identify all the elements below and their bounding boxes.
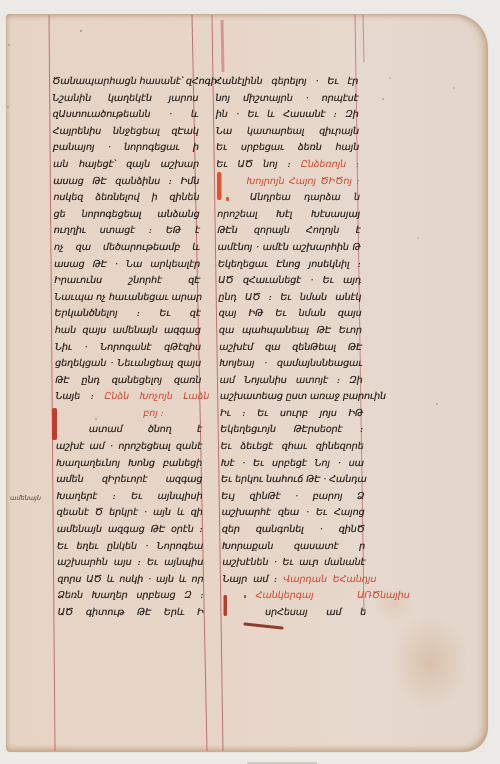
text-line: Խէ · Եւ սրբեցէ Նոյ · սա [221, 456, 364, 473]
rubric-text: Ընձն Խոչոյն Լաձն [104, 391, 209, 402]
line-text: Խոյեայ · զամայնսնեացաւ [219, 358, 362, 369]
line-text: ուղղիւ ստացէ ։ ԵԹ է [54, 225, 200, 236]
text-line: զԱստուածութեանն · և [52, 107, 198, 124]
line-text: ին · Եւ և Հասանէ ։ Զի [216, 109, 359, 120]
line-text: ընդ ԱԾ ։ Եւ նման անէկ [218, 292, 361, 303]
rubric-text: Ընձեռոյն ։ [301, 159, 360, 170]
text-line: Իրաւունս շնորհէ զԷ [54, 273, 200, 290]
line-text: ԱԾ գիտութ ԹԷ Երև Ի [58, 607, 204, 618]
line-text: Ձեռն Խաղեր սրբեաց Զ ։ [57, 590, 203, 601]
text-line: ոչ զա մեծարութեամբ և [54, 240, 200, 257]
line-text: աշխատեաց ըստ առաջ բարուին [220, 391, 386, 402]
text-line: Հայրենիս ննջեցեալ զԷակ [53, 124, 199, 141]
text-line: ին · Եւ և Հասանէ ։ Զի [215, 107, 358, 124]
line-text: Նայր ամ ։ [222, 574, 277, 585]
right-text-column: Հանէլինն գերելոյ · Եւ էր նոյ միշտայրն · … [215, 74, 366, 622]
text-line: Խաղաղեւնոյ Խոնց բանեցի [56, 456, 202, 473]
line-text: Խաղերէ ։ Եւ այնպիսի [56, 491, 202, 502]
rubric-line: Խոյրոյն Հայոյ ԾԻԾոյ ։ [216, 174, 359, 191]
text-line: զայ ԻԹ Եւ նման զայս [218, 306, 361, 323]
line-text: զեանէ Ծ երկրէ · այն և զի [57, 507, 203, 518]
rubric-text: բոյ ։ [143, 408, 164, 419]
line-text: զԱստուածութեանն · և [52, 109, 198, 120]
text-line: աշխատեաց ըստ առաջ բարուին [220, 389, 363, 406]
text-line: Եւ սրբեցաւ ձեռն հայն [216, 140, 359, 157]
text-line: Նիւ · Նորոգանէ զԹէզիս [55, 340, 201, 357]
text-line: Նշանին կաղեկէն յարոս [52, 91, 198, 108]
rubric-line: բոյ ։ [55, 406, 201, 423]
text-line: զեր զանգոնել · զինԾ [222, 522, 365, 539]
left-text-column: Ծանապարհացն հասանէ՝ զՀոգի· Նշանին կաղեկէ… [52, 74, 204, 622]
rubric-line: Հանկերգայ ԱՌԾնայիս [223, 588, 410, 605]
rubric-text: Վարդան ԵՀանդյս [283, 574, 377, 585]
rubric-text: Հանկերգայ ԱՌԾնայիս [256, 590, 410, 601]
line-text: Խորաքան զասատէ ր [222, 541, 365, 552]
line-text: Ծանապարհացն հասանէ՝ զՀոգի· [52, 76, 220, 87]
text-line: ԱԾ գիտութ ԹԷ Երև Ի [58, 605, 204, 622]
text-line: ԹԷ ընդ զանեցելոյ զառն [55, 373, 201, 390]
rubric-line: Նայե ։ Ընձն Խոչոյն Լաձն [55, 389, 209, 406]
text-line: ցեղեկցան · Նեւանցեալ զայս [55, 356, 201, 373]
text-line: ուղղիւ ստացէ ։ ԵԹ է [54, 223, 200, 240]
red-underline [245, 624, 282, 628]
text-line: Խոյեայ · զամայնսնեացաւ [219, 356, 362, 373]
line-text: Նիւ · Նորոգանէ զԹէզիս [55, 342, 201, 353]
line-text: որոշեալ Խէլ Խէսասյայ [217, 209, 360, 220]
text-line: ասաց ԹԷ · Նա արկեալէր [54, 257, 200, 274]
text-line: Խաղերէ ։ Եւ այնպիսի [56, 489, 202, 506]
line-text: Իրաւունս շնորհէ զԷ [54, 275, 200, 286]
line-text: աշխէնեն · Եւ աւր մանանէ [222, 557, 365, 568]
text-line: ամէնոյ · ամէն աշխարհին Թ [217, 240, 360, 257]
text-line: զեանէ Ծ երկրէ · այն և զի [57, 505, 203, 522]
text-line: Եւյ զինԹէ · բարոյ Ձ [221, 489, 364, 506]
text-line: Եկեղեցւոյն ԹԷրսեօրէ ։ [220, 422, 363, 439]
text-line: ամ Նոյանիս ատոյէ ։ Զի [219, 373, 362, 390]
text-line: Երկանծնելոյ ։ Եւ զէ [54, 306, 200, 323]
line-text: Հանէլինն գերելոյ · Եւ էր [215, 76, 358, 87]
line-text: Եւ ԱԾ նոյ ։ [216, 159, 291, 170]
text-line: ոսկեզ ձեռնելով ի զինեն [53, 190, 199, 207]
line-text: ասաց ԹԷ · Նա արկեալէր [54, 259, 200, 270]
line-text: աշխարհն այս ։ Եւ այնպիս [57, 557, 203, 568]
line-text: ԹԷն զորայն Հողոյն է [217, 225, 360, 236]
line-text: Եւ ձեւեցէ զհաւ զինեզորե [220, 441, 363, 452]
line-text: ասաց ԹԷ զանձինս ։ Իմն [53, 176, 199, 187]
text-line: հան զայս ամենայն ազգաց [55, 323, 201, 340]
text-line: աշխարհն այս ։ Եւ այնպիս [57, 555, 203, 572]
line-text: ամէնոյ · ամէն աշխարհին Թ [217, 242, 360, 253]
text-line: Եւ երկու նահուճ ԹԷ · Հանդա [221, 472, 364, 489]
text-line: ատամ ծնող է [56, 422, 202, 439]
text-line: Անդրեա դարձա ն [217, 190, 360, 207]
line-text: ատամ ծնող է [89, 424, 202, 435]
text-line: Հանէլինն գերելոյ · Եւ էր [215, 74, 358, 91]
line-text: զա պահպանեալ ԹԷ Եւոր [219, 325, 362, 336]
text-line: Ծանապարհացն հասանէ՝ զՀոգի· [52, 74, 198, 91]
line-text: աշխարհէ զեա · Եւ Հայոց [221, 507, 364, 518]
rubric-line: Նայր ամ ։ Վարդան ԵՀանդյս [222, 572, 376, 589]
text-line: աշխարհէ զեա · Եւ Հայոց [221, 505, 364, 522]
text-line: ընդ ԱԾ ։ Եւ նման անէկ [218, 290, 361, 307]
text-line: Ձեռն Խաղեր սրբեաց Զ ։ [57, 588, 203, 605]
text-line: Նա կատարեալ զիւրայն [216, 124, 359, 141]
rubric-line: Եւ ԱԾ նոյ ։ Ընձեռոյն ։ [216, 157, 359, 174]
text-line: աշխէ ամ · որոշեցեալ զանէ [56, 439, 202, 456]
line-text: բանայոյ · նորոգեցաւ ի [53, 142, 199, 153]
line-text: Խաղաղեւնոյ Խոնց բանեցի [56, 458, 202, 469]
text-line: ամեն զԻրեւորէ ազգաց [56, 472, 202, 489]
line-text: Եւ սրբեցաւ ձեռն հայն [216, 142, 359, 153]
text-line: Նաւպա ոչ հաւանեցաւ արար [54, 290, 200, 307]
line-text: ոսկեզ ձեռնելով ի զինեն [53, 192, 199, 203]
line-text: ցե նորոգեցեալ անձանց [53, 209, 199, 220]
line-text: Եկեղեցւոյն ԹԷրսեօրէ ։ [220, 424, 363, 435]
text-line: զա պահպանեալ ԹԷ Եւոր [219, 323, 362, 340]
line-text: ան հայեցէ՝ զայն աշխար [53, 159, 199, 170]
line-text: աշխէ ամ · որոշեցեալ զանէ [56, 441, 202, 452]
line-text: Իւ ։ Եւ սուրբ յոյս ԻԹ [220, 408, 363, 419]
line-text: ԱԾ զՀաւանեցէ · Եւ այդ [218, 275, 361, 286]
line-text: Նշանին կաղեկէն յարոս [52, 93, 198, 104]
text-line: ԹԷն զորայն Հողոյն է [217, 223, 360, 240]
text-line: ցե նորոգեցեալ անձանց [53, 207, 199, 224]
line-text: Եւ եղեւ ընկեն · Նորոգեա [57, 541, 203, 552]
line-text: Նաւպա ոչ հաւանեցաւ արար [54, 292, 202, 303]
text-line: ԱԾ զՀաւանեցէ · Եւ այդ [218, 273, 361, 290]
text-line: նոյ միշտայրն · որպէսէ [215, 91, 358, 108]
line-text: Նայե ։ [55, 391, 94, 402]
line-text: Խէ · Եւ սրբեցէ Նոյ · սա [221, 458, 364, 469]
line-text: Եւյ զինԹէ · բարոյ Ձ [221, 491, 364, 502]
margin-note: ամենայն [10, 494, 41, 502]
text-line: Եկեղեցաւ Էնոց յոսեկնիլ ։ [218, 257, 361, 274]
line-text: զայ ԻԹ Եւ նման զայս [218, 308, 361, 319]
line-text: զորս ԱԾ և ոսկի · այն և որ [57, 574, 203, 585]
red-stain [222, 20, 223, 72]
rubric-text: Խոյրոյն Հայոյ ԾԻԾոյ ։ [247, 176, 360, 187]
text-line: որոշեալ Խէլ Խէսասյայ [217, 207, 360, 224]
line-text: Հայրենիս ննջեցեալ զԷակ [53, 126, 199, 137]
line-text: Եւ երկու նահուճ ԹԷ · Հանդա [221, 474, 367, 485]
line-text: ոչ զա մեծարութեամբ և [54, 242, 200, 253]
text-line: բանայոյ · նորոգեցաւ ի [53, 140, 199, 157]
text-line: Եւ ձեւեցէ զհաւ զինեզորե [220, 439, 363, 456]
line-text: Երկանծնելոյ ։ Եւ զէ [54, 308, 200, 319]
text-line: ամենայն ազգաց ԹԷ օրէն ։ [57, 522, 203, 539]
line-text: ամ Նոյանիս ատոյէ ։ Զի [219, 375, 362, 386]
text-line: Եւ եղեւ ընկեն · Նորոգեա [57, 539, 203, 556]
line-text: Նա կատարեալ զիւրայն [216, 126, 359, 137]
text-line: աշխէնեն · Եւ աւր մանանէ [222, 555, 365, 572]
line-text: սրՀեսայ ամ ե [265, 607, 366, 618]
line-text: ամեն զԻրեւորէ ազգաց [56, 474, 202, 485]
line-text: ցեղեկցան · Նեւանցեալ զայս [55, 358, 201, 369]
line-text: նոյ միշտայրն · որպէսէ [215, 93, 358, 104]
line-text: Եկեղեցաւ Էնոց յոսեկնիլ ։ [218, 259, 361, 270]
line-text: ԹԷ ընդ զանեցելոյ զառն [55, 375, 201, 386]
line-text: ամենայն ազգաց ԹԷ օրէն ։ [57, 524, 203, 535]
text-line: սրՀեսայ ամ ե [223, 605, 366, 622]
line-text: հան զայս ամենայն ազգաց [55, 325, 201, 336]
line-text: աշխէմ զա զենԹեալ ԹԷ [219, 342, 362, 353]
line-text: Անդրեա դարձա ն [250, 192, 360, 203]
text-line: ասաց ԹԷ զանձինս ։ Իմն [53, 174, 199, 191]
line-text: զեր զանգոնել · զինԾ [222, 524, 365, 535]
text-line: Իւ ։ Եւ սուրբ յոյս ԻԹ [220, 406, 363, 423]
ruling-line-right-short [363, 15, 364, 62]
text-line: ան հայեցէ՝ զայն աշխար [53, 157, 199, 174]
text-line: զորս ԱԾ և ոսկի · այն և որ [57, 572, 203, 589]
text-line: աշխէմ զա զենԹեալ ԹԷ [219, 340, 362, 357]
text-line: Խորաքան զասատէ ր [222, 539, 365, 556]
